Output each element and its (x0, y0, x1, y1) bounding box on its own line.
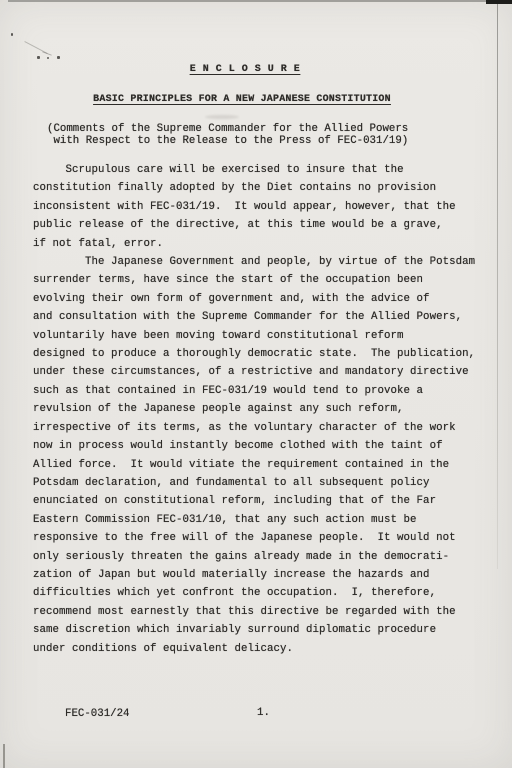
document-body: Scrupulous care will be exercised to ins… (33, 161, 493, 658)
paper-crease (497, 4, 498, 569)
document-title: E N C L O S U R E (0, 64, 490, 75)
pencil-stroke (42, 51, 52, 55)
pencil-dot (57, 56, 60, 59)
pencil-dot (47, 57, 49, 59)
footer-page-number: 1. (257, 707, 270, 719)
paragraph: The Japanese Government and people, by v… (33, 253, 493, 658)
pencil-dot (11, 33, 13, 36)
ink-smudge (205, 115, 239, 119)
pencil-marks (0, 0, 80, 70)
scan-corner-mark (486, 0, 512, 4)
pencil-dot (37, 56, 40, 59)
paragraph: Scrupulous care will be exercised to ins… (33, 161, 493, 253)
scan-edge-top (8, 0, 500, 2)
footer-document-id: FEC-031/24 (65, 708, 130, 720)
document-subheading: (Comments of the Supreme Commander for t… (47, 124, 408, 147)
document-page: E N C L O S U R E BASIC PRINCIPLES FOR A… (0, 0, 512, 768)
document-heading: BASIC PRINCIPLES FOR A NEW JAPANESE CONS… (0, 94, 484, 105)
scan-mark-bottom-left (3, 744, 5, 768)
